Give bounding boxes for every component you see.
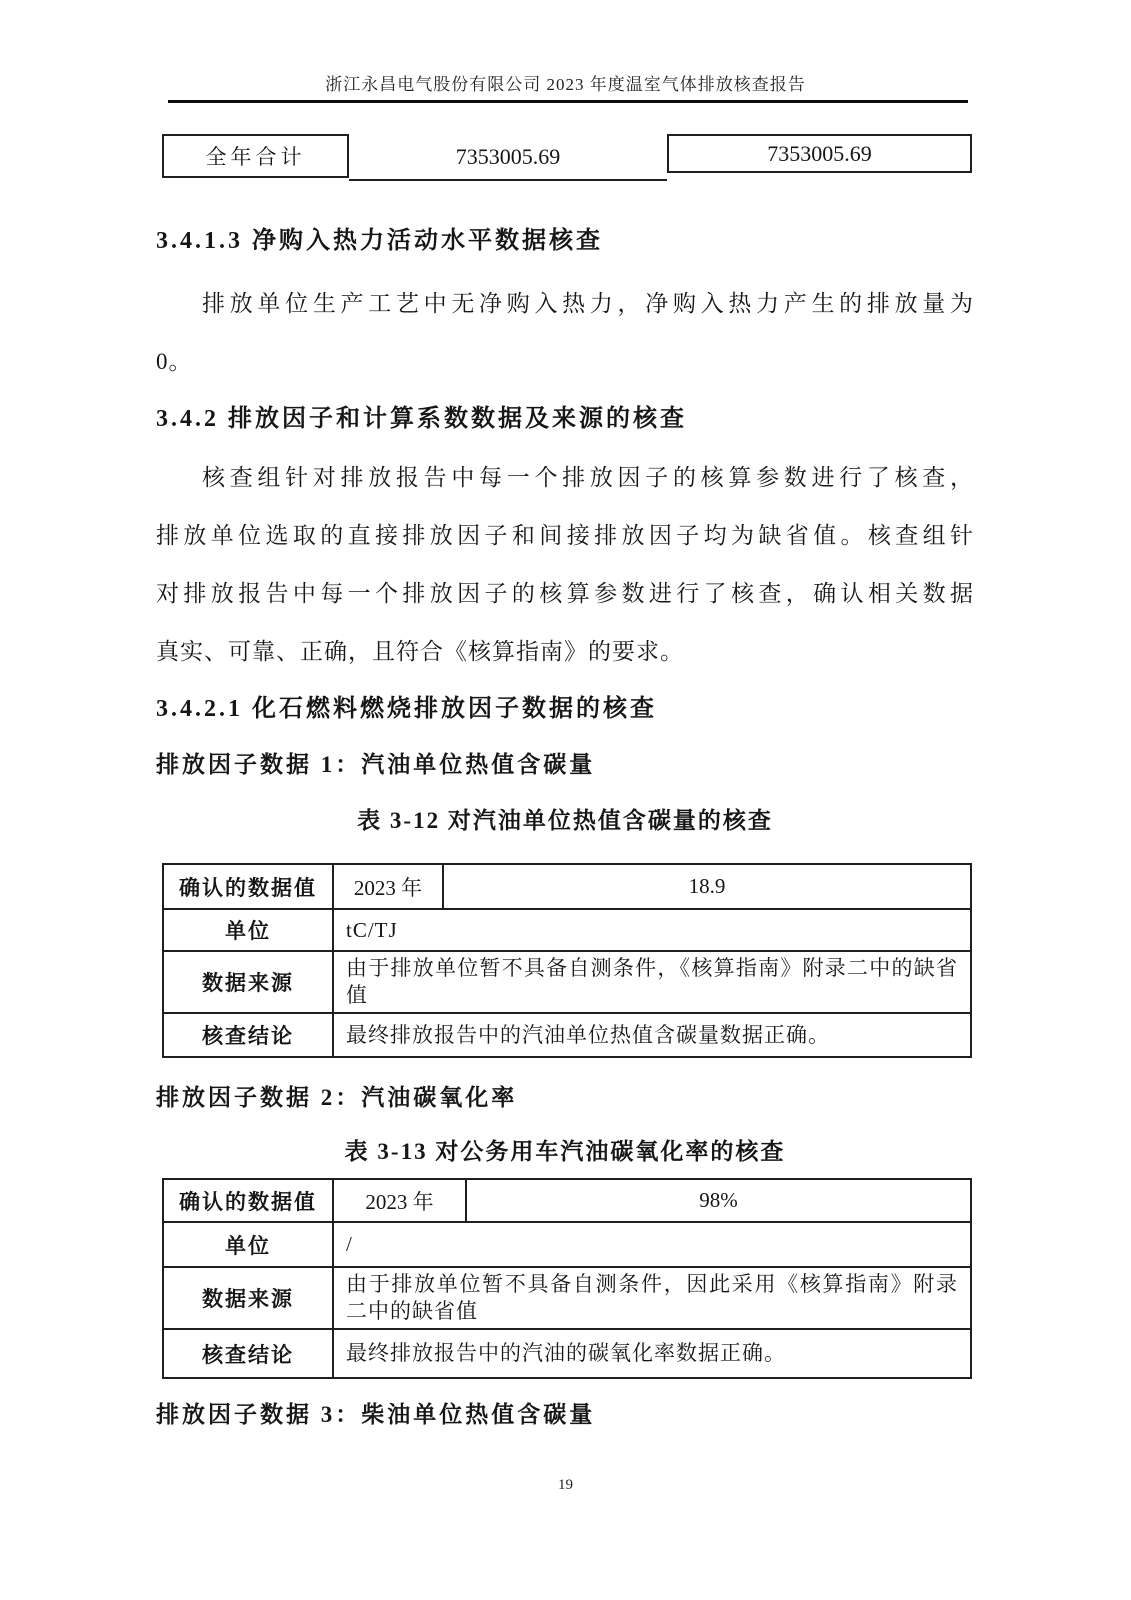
confirmed-value-label-cell: 确认的数据值 — [164, 1180, 334, 1221]
conclusion-label-cell: 核查结论 — [164, 1014, 334, 1056]
year-cell: 2023 年 — [334, 1180, 467, 1221]
conclusion-value-cell: 最终排放报告中的汽油单位热值含碳量数据正确。 — [334, 1014, 970, 1056]
year-cell: 2023 年 — [334, 865, 444, 908]
factor3-heading: 排放因子数据 3：柴油单位热值含碳量 — [156, 1399, 974, 1431]
paragraph-3-4-1-3: 排放单位生产工艺中无净购入热力，净购入热力产生的排放量为 0。 — [156, 275, 974, 391]
table-row-confirmed-value: 确认的数据值 2023 年 98% — [164, 1180, 970, 1223]
factor1-heading: 排放因子数据 1：汽油单位热值含碳量 — [156, 749, 974, 781]
table-row-conclusion: 核查结论 最终排放报告中的汽油的碳氧化率数据正确。 — [164, 1330, 970, 1377]
unit-label-cell: 单位 — [164, 1223, 334, 1266]
table-row-data-source: 数据来源 由于排放单位暂不具备自测条件，《核算指南》附录二中的缺省值 — [164, 952, 970, 1014]
table-3-13-title: 表 3-13 对公务用车汽油碳氧化率的核查 — [156, 1136, 974, 1168]
heading-3-4-2-1: 3.4.2.1 化石燃料燃烧排放因子数据的核查 — [156, 693, 974, 725]
paragraph-line: 核查组针对排放报告中每一个排放因子的核算参数进行了核查， — [156, 449, 974, 507]
data-source-label-cell: 数据来源 — [164, 1268, 334, 1328]
paragraph-3-4-2: 核查组针对排放报告中每一个排放因子的核算参数进行了核查， 排放单位选取的直接排放… — [156, 449, 974, 681]
conclusion-text: 最终排放报告中的汽油的碳氧化率数据正确。 — [346, 1340, 958, 1367]
table-row-unit: 单位 tC/TJ — [164, 910, 970, 952]
table-3-13: 确认的数据值 2023 年 98% 单位 / 数据来源 由于排放单位暂不具备自测… — [162, 1178, 972, 1379]
table-row-unit: 单位 / — [164, 1223, 970, 1268]
data-source-text: 由于排放单位暂不具备自测条件，因此采用《核算指南》附录二中的缺省值 — [346, 1271, 958, 1325]
carryover-label-cell: 全年合计 — [162, 134, 349, 178]
table-row-data-source: 数据来源 由于排放单位暂不具备自测条件，因此采用《核算指南》附录二中的缺省值 — [164, 1268, 970, 1330]
data-source-value-cell: 由于排放单位暂不具备自测条件，《核算指南》附录二中的缺省值 — [334, 952, 970, 1012]
unit-value-text: / — [346, 1231, 958, 1258]
heading-3-4-1-3: 3.4.1.3 净购入热力活动水平数据核查 — [156, 225, 974, 257]
unit-label-cell: 单位 — [164, 910, 334, 950]
carryover-value-cell-2: 7353005.69 — [667, 134, 972, 173]
table-row-conclusion: 核查结论 最终排放报告中的汽油单位热值含碳量数据正确。 — [164, 1014, 970, 1056]
table-3-12: 确认的数据值 2023 年 18.9 单位 tC/TJ 数据来源 由于排放单位暂… — [162, 863, 972, 1058]
conclusion-label-cell: 核查结论 — [164, 1330, 334, 1377]
value-cell: 18.9 — [444, 865, 970, 908]
table-3-12-title: 表 3-12 对汽油单位热值含碳量的核查 — [156, 805, 974, 837]
paragraph-line: 排放单位选取的直接排放因子和间接排放因子均为缺省值。核查组针 — [156, 507, 974, 565]
unit-value-cell: / — [334, 1223, 970, 1266]
value-cell: 98% — [467, 1180, 970, 1221]
factor2-heading: 排放因子数据 2：汽油碳氧化率 — [156, 1082, 974, 1114]
confirmed-value-label-cell: 确认的数据值 — [164, 865, 334, 908]
unit-value-cell: tC/TJ — [334, 910, 970, 950]
conclusion-text: 最终排放报告中的汽油单位热值含碳量数据正确。 — [346, 1022, 958, 1049]
heading-3-4-2: 3.4.2 排放因子和计算系数数据及来源的核查 — [156, 403, 974, 435]
document-body: 全年合计 7353005.69 7353005.69 3.4.1.3 净购入热力… — [156, 0, 974, 1431]
paragraph-line: 0。 — [156, 333, 974, 391]
page-number: 19 — [0, 1477, 1131, 1494]
conclusion-value-cell: 最终排放报告中的汽油的碳氧化率数据正确。 — [334, 1330, 970, 1377]
data-source-text: 由于排放单位暂不具备自测条件，《核算指南》附录二中的缺省值 — [346, 955, 958, 1009]
paragraph-line: 排放单位生产工艺中无净购入热力，净购入热力产生的排放量为 — [156, 275, 974, 333]
paragraph-line: 对排放报告中每一个排放因子的核算参数进行了核查，确认相关数据 — [156, 565, 974, 623]
paragraph-line: 真实、可靠、正确，且符合《核算指南》的要求。 — [156, 623, 974, 681]
data-source-value-cell: 由于排放单位暂不具备自测条件，因此采用《核算指南》附录二中的缺省值 — [334, 1268, 970, 1328]
table-row-confirmed-value: 确认的数据值 2023 年 18.9 — [164, 865, 970, 910]
carryover-table-row: 全年合计 7353005.69 7353005.69 — [162, 134, 972, 181]
carryover-value-cell-1: 7353005.69 — [349, 134, 667, 181]
unit-value-text: tC/TJ — [346, 917, 958, 944]
data-source-label-cell: 数据来源 — [164, 952, 334, 1012]
